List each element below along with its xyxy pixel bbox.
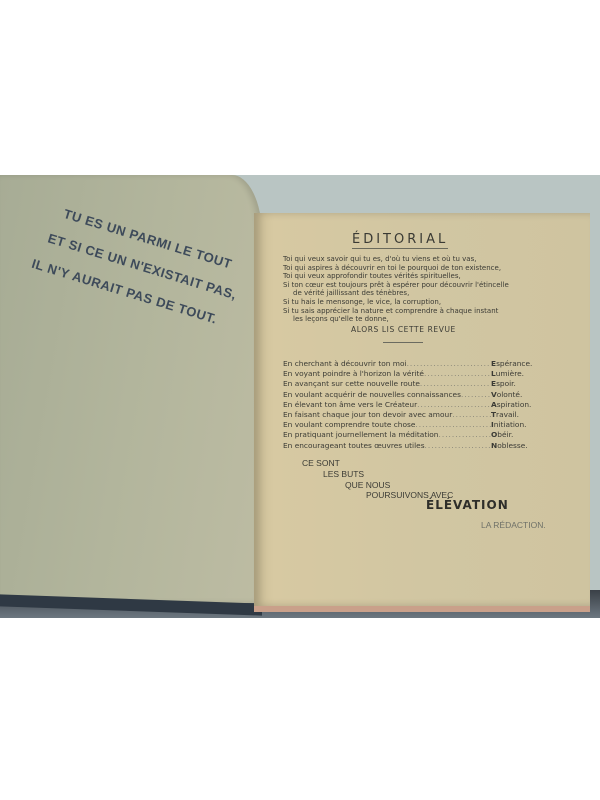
leader-dots: ........................................… [407, 359, 491, 369]
goal-row: En faisant chaque jour ton devoir avec a… [283, 410, 537, 420]
goal-text: En avançant sur cette nouvelle route [283, 379, 420, 389]
poem-line: les leçons qu'elle te donne, [283, 315, 553, 324]
goal-word-rest: umière. [496, 369, 524, 378]
divider [383, 342, 423, 343]
goal-row: En voyant poindre à l'horizon la vérité.… [283, 369, 537, 379]
goal-word-rest: spiration. [497, 400, 532, 409]
leader-dots: ........................................… [452, 410, 491, 420]
goal-row: En avançant sur cette nouvelle route....… [283, 379, 537, 389]
goal-row: En élevant ton âme vers le Créateur.....… [283, 400, 537, 410]
leader-dots: ........................................… [461, 390, 491, 400]
goal-word-rest: spérance. [496, 359, 532, 368]
goal-text: En encourageant toutes œuvres utiles [283, 441, 425, 451]
call-to-read: ALORS LIS CETTE REVUE [351, 325, 456, 334]
leader-dots: ........................................… [417, 400, 491, 410]
goal-word: Travail. [491, 410, 537, 420]
poem-line: Si ton cœur est toujours prêt à espérer … [283, 281, 553, 290]
goal-word-rest: béir. [497, 430, 513, 439]
slogan-line: QUE NOUS [345, 480, 390, 490]
goal-text: En voyant poindre à l'horizon la vérité [283, 369, 424, 379]
goal-word: Initiation. [491, 420, 537, 430]
goal-word: Espoir. [491, 379, 537, 389]
signature: LA RÉDACTION. [481, 520, 546, 530]
goal-row: En voulant comprendre toute chose.......… [283, 420, 537, 430]
poem: Toi qui veux savoir qui tu es, d'où tu v… [283, 255, 553, 324]
goal-word-rest: oblesse. [497, 441, 527, 450]
revue-name: ÉLÉVATION [426, 498, 509, 512]
goal-word-rest: spoir. [496, 379, 516, 388]
poem-line: Si tu sais apprécier la nature et compre… [283, 307, 553, 316]
goal-text: En pratiquant journellement la méditatio… [283, 430, 439, 440]
leader-dots: ........................................… [415, 420, 491, 430]
goal-text: En voulant acquérir de nouvelles connais… [283, 390, 461, 400]
goal-text: En élevant ton âme vers le Créateur [283, 400, 417, 410]
goal-word: Lumière. [491, 369, 537, 379]
goal-row: En voulant acquérir de nouvelles connais… [283, 390, 537, 400]
goal-row: En encourageant toutes œuvres utiles....… [283, 441, 537, 451]
poem-line: Toi qui veux approfondir toutes vérités … [283, 272, 553, 281]
poem-line: de vérité jaillissant des ténèbres, [283, 289, 553, 298]
poem-line: Toi qui veux savoir qui tu es, d'où tu v… [283, 255, 553, 264]
goal-word-rest: olonté. [497, 390, 523, 399]
goal-word-rest: ravail. [496, 410, 519, 419]
goal-word: Volonté. [491, 390, 537, 400]
goal-text: En cherchant à découvrir ton moi [283, 359, 407, 369]
goal-word: Noblesse. [491, 441, 537, 451]
goal-row: En pratiquant journellement la méditatio… [283, 430, 537, 440]
slogan-line: LES BUTS [323, 469, 364, 479]
page-title: ÉDITORIAL [352, 232, 448, 249]
goal-text: En voulant comprendre toute chose [283, 420, 415, 430]
goal-word: Obéir. [491, 430, 537, 440]
goal-word: Aspiration. [491, 400, 537, 410]
poem-line: Si tu hais le mensonge, le vice, la corr… [283, 298, 553, 307]
goals-list: En cherchant à découvrir ton moi........… [283, 359, 537, 451]
goal-word-rest: nitiation. [494, 420, 527, 429]
leader-dots: ........................................… [420, 379, 491, 389]
goal-row: En cherchant à découvrir ton moi........… [283, 359, 537, 369]
poem-line: Toi qui aspires à découvrir en toi le po… [283, 264, 553, 273]
goal-word: Espérance. [491, 359, 537, 369]
leader-dots: ........................................… [425, 441, 491, 451]
goal-text: En faisant chaque jour ton devoir avec a… [283, 410, 452, 420]
leader-dots: ........................................… [439, 430, 492, 440]
slogan-line: CE SONT [302, 458, 340, 468]
leader-dots: ........................................… [424, 369, 491, 379]
